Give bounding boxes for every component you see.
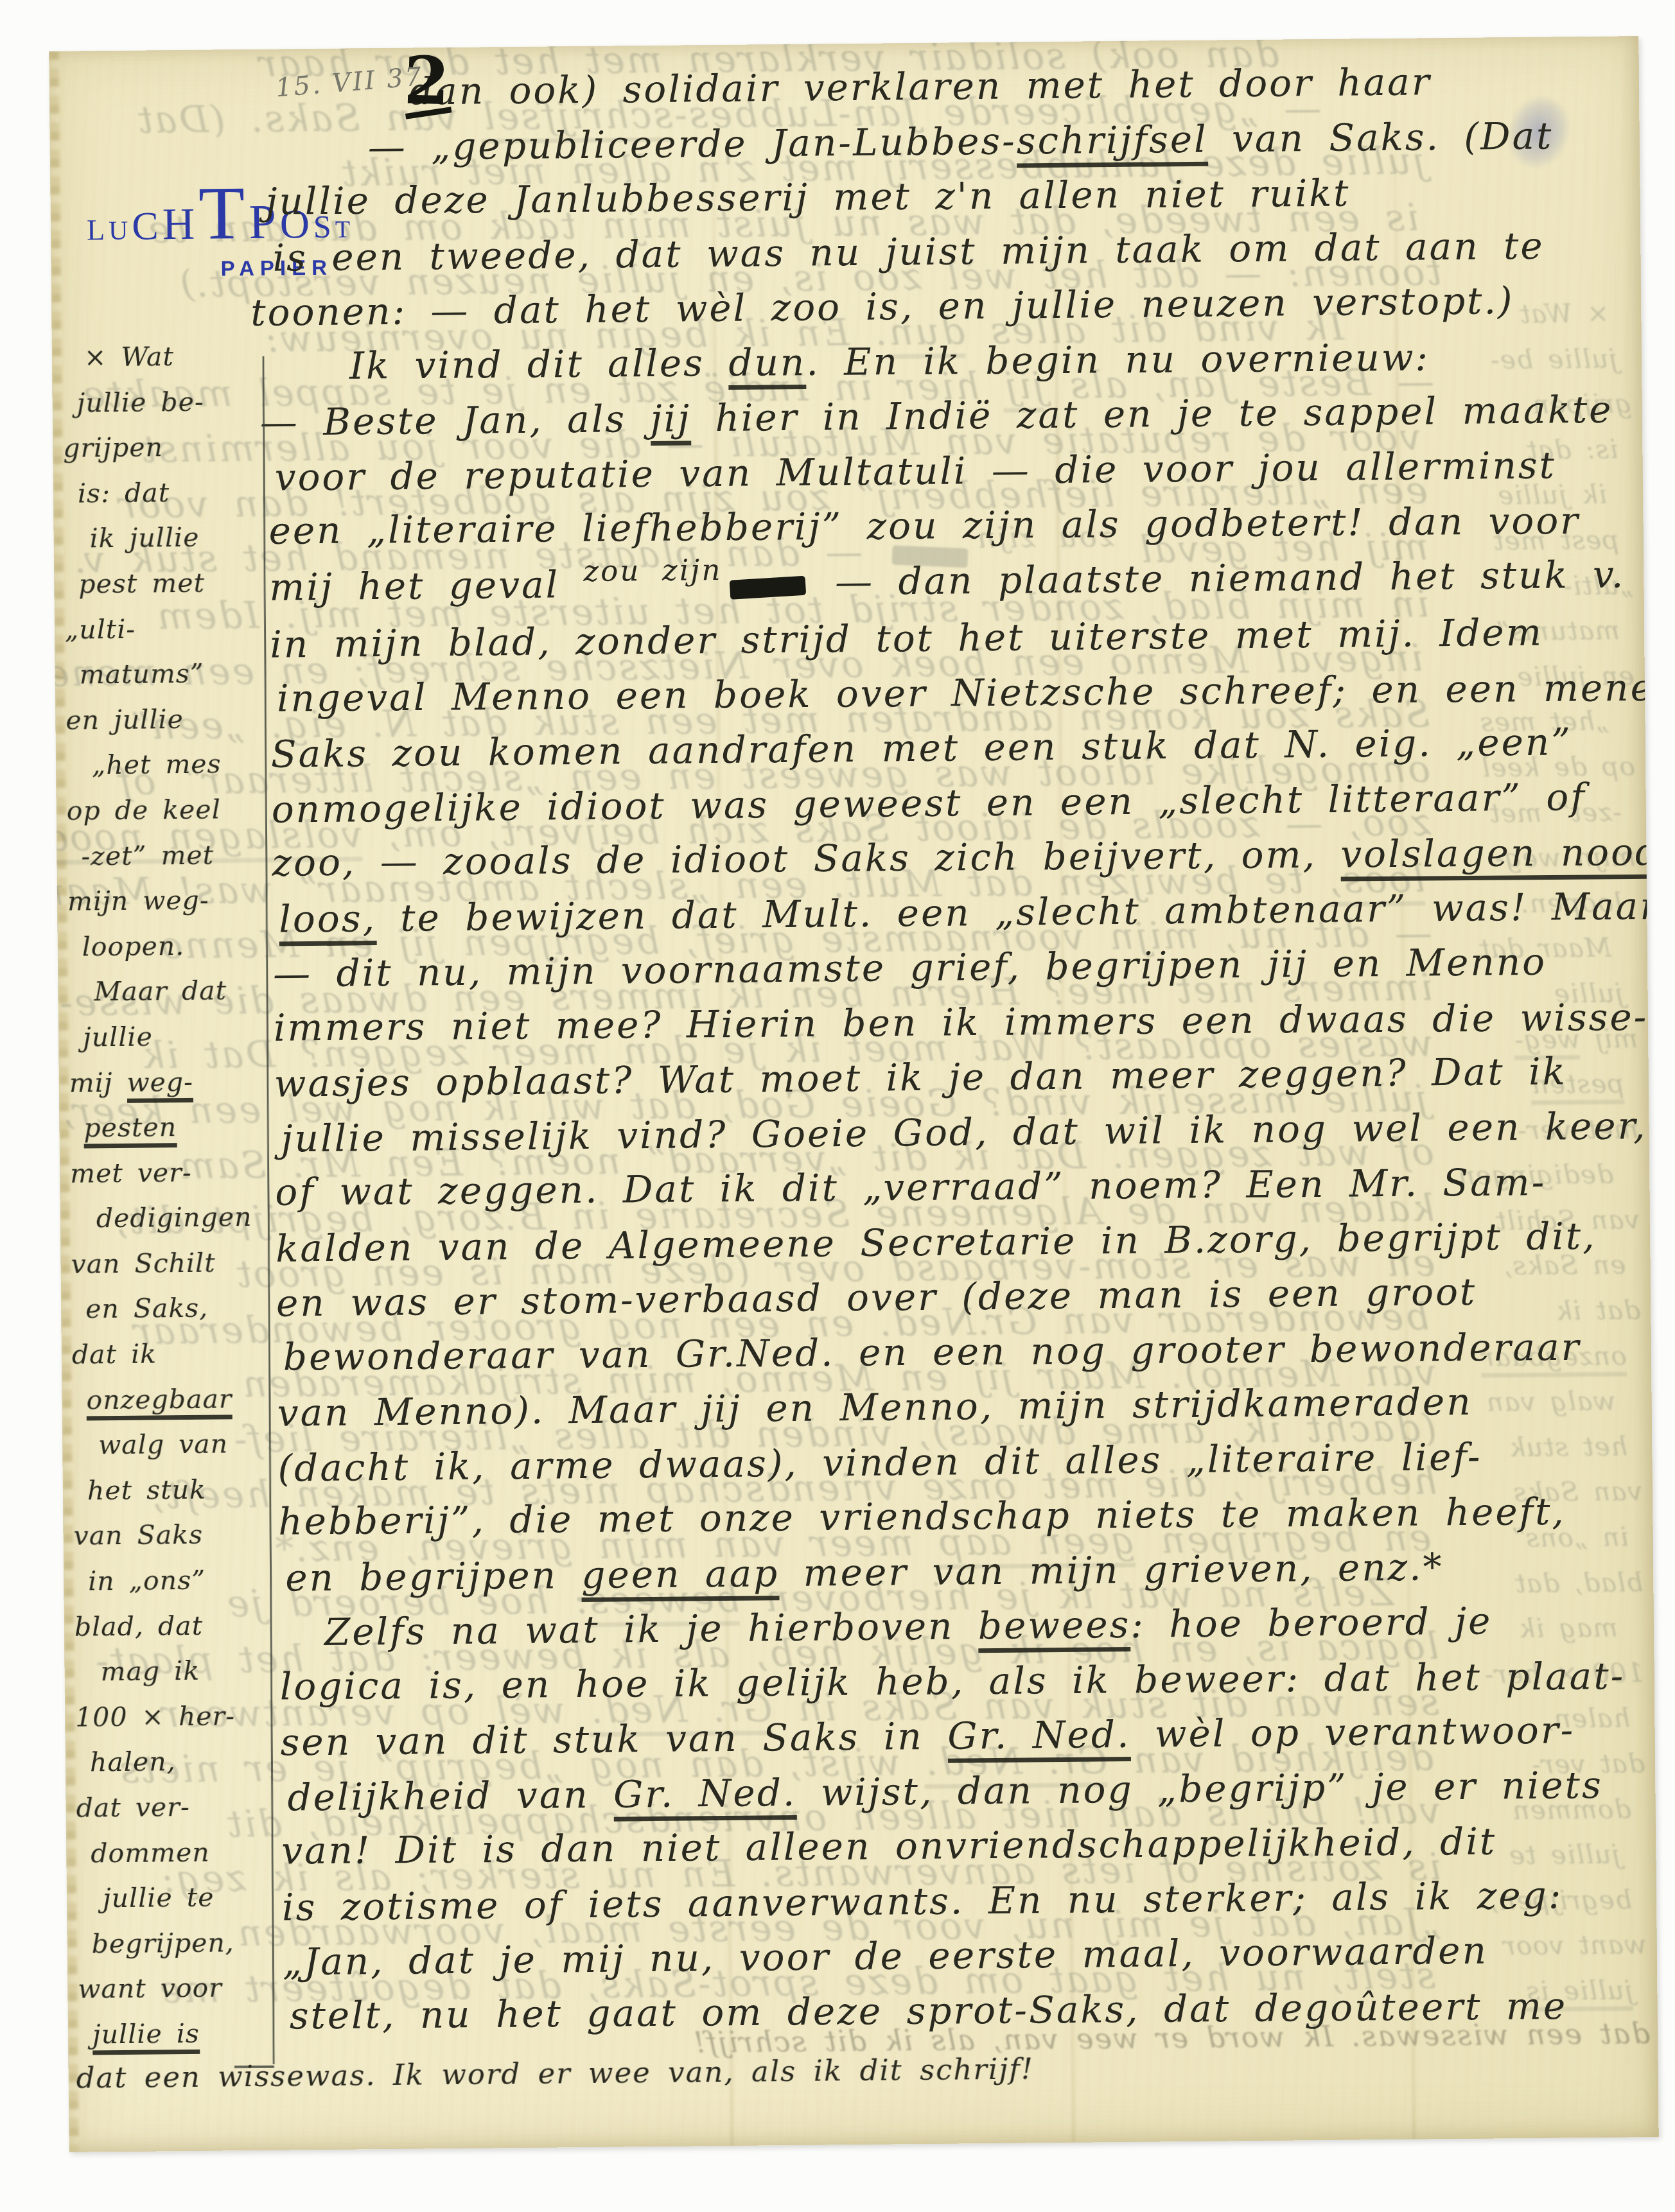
handwritten-line: bewonderaar van Gr.Ned. en een nog groot…	[283, 1318, 1659, 1384]
handwritten-line: immers niet mee? Hierin ben ik immers ee…	[274, 989, 1659, 1056]
handwritten-line: „ulti-	[65, 605, 270, 652]
handwritten-line: van Saks	[73, 1511, 278, 1559]
handwritten-line: grijpen	[63, 424, 268, 471]
handwritten-line: „het mes	[92, 741, 271, 788]
handwritten-line: 100 × her-	[75, 1693, 280, 1740]
handwritten-line: pest met	[78, 560, 269, 607]
handwritten-line: Maar dat	[94, 968, 273, 1015]
handwritten-line: halen,	[90, 1738, 281, 1785]
handwritten-line: -zet” met	[81, 832, 272, 878]
handwritten-line: stelt, nu het gaat om deze sprot-Saks, d…	[289, 1977, 1658, 2043]
handwritten-line: ingeval Menno een boek over Nietzsche sc…	[277, 659, 1659, 726]
handwritten-line: van! Dit is dan niet alleen onvriendscha…	[281, 1813, 1659, 1879]
handwritten-line: walg van	[98, 1421, 277, 1468]
handwritten-line: mij weg-	[69, 1058, 274, 1106]
handwritten-line: pesten	[83, 1104, 274, 1151]
handwritten-line: jullie be-	[76, 378, 267, 425]
logo-letter: L	[87, 215, 105, 245]
letter-paper: dan ook) solidair verklaren met het door…	[49, 36, 1658, 2152]
handwritten-line: zoo, — zooals de idioot Saks zich beijve…	[272, 824, 1658, 891]
logo-letter: C	[132, 206, 159, 246]
handwritten-line: en Saks,	[85, 1285, 276, 1332]
logo-letter: U	[109, 218, 128, 245]
handwritten-line: dat ik	[72, 1330, 277, 1378]
handwritten-line: jullie deze Janlubbesserij met z'n allen…	[265, 163, 1658, 230]
handwritten-line: matums”	[79, 650, 270, 697]
handwritten-line: jullie is	[92, 2010, 283, 2057]
handwritten-line: en jullie	[66, 695, 270, 743]
handwritten-line: dommen	[91, 1829, 281, 1876]
handwritten-line: ik jullie	[89, 514, 268, 561]
handwritten-line: van Schilt	[71, 1240, 276, 1287]
handwritten-line: blad, dat	[75, 1602, 279, 1650]
logo-letter: H	[162, 202, 195, 247]
handwritten-line: of wat zeggen. Dat ik dit „verraad” noem…	[275, 1154, 1659, 1221]
handwritten-line: een „literaire liefhebberij” zou zijn al…	[268, 492, 1658, 559]
handwritten-line: is: dat	[78, 469, 268, 516]
handwritten-line: onzegbaar	[86, 1375, 277, 1422]
margin-note-last-line: dat een wissewas. Ik word er wee van, al…	[76, 2051, 1034, 2094]
handwritten-line: Ik vind dit alles dun. En ik begin nu ov…	[267, 327, 1659, 394]
handwritten-line: jullie te	[103, 1874, 282, 1921]
handwritten-line: hebberij”, die met onze vriendschap niet…	[278, 1483, 1659, 1550]
handwritten-line: want voor	[78, 1965, 283, 2012]
handwritten-line: op de keel	[66, 787, 271, 834]
handwritten-line: jullie	[83, 1013, 274, 1060]
handwritten-line: begrijpen,	[91, 1919, 282, 1966]
handwritten-line: logica is, en hoe ik gelijk heb, als ik …	[279, 1648, 1658, 1714]
handwritten-line: mijn weg-	[67, 877, 272, 925]
handwritten-line: het stuk	[87, 1466, 278, 1513]
handwritten-line: in „ons”	[88, 1557, 279, 1604]
handwritten-line: dat ver-	[76, 1784, 281, 1831]
scanned-letter-page: dan ook) solidair verklaren met het door…	[0, 0, 1675, 2212]
margin-note-text: × Watjullie be-grijpenis: datik julliepe…	[62, 333, 283, 2057]
logo-letter: T	[198, 175, 245, 252]
handwritten-line: met ver-	[70, 1149, 275, 1196]
handwritten-line: mag ik	[100, 1648, 279, 1694]
handwritten-line: × Wat	[84, 333, 267, 380]
page-number: 2	[403, 42, 451, 126]
handwritten-line: loopen.	[82, 922, 272, 969]
letter-body-text: dan ook) solidair verklaren met het door…	[265, 52, 1659, 2045]
handwritten-line: dedigingen	[96, 1194, 275, 1241]
